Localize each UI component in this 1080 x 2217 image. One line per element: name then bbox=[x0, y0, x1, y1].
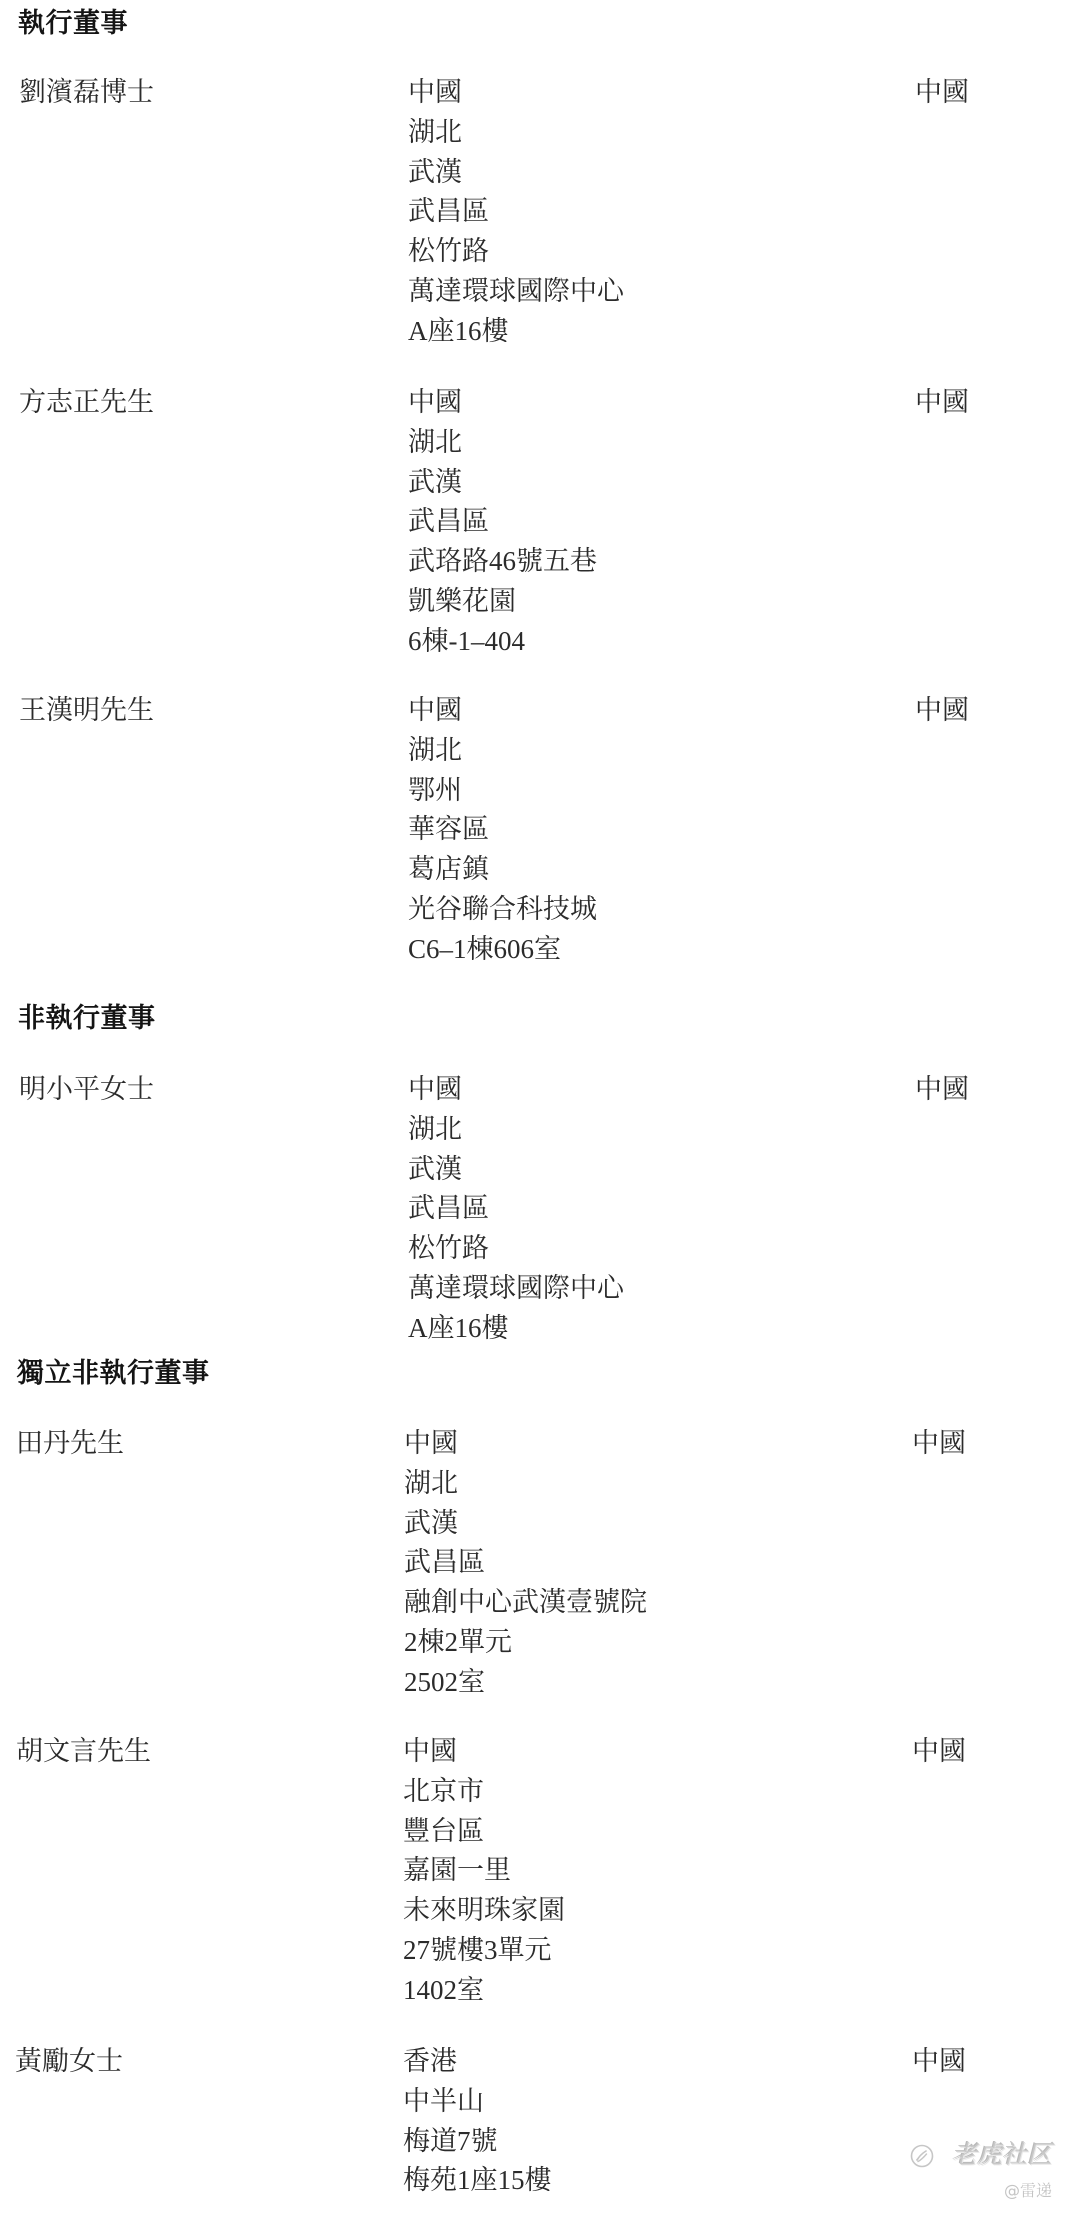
address-line: 未來明珠家園 bbox=[403, 1891, 565, 1931]
watermark: 老虎社区 @雷递 bbox=[906, 2138, 1076, 2208]
director-name: 田丹先生 bbox=[16, 1424, 124, 1464]
address-line: 27號樓3單元 bbox=[403, 1931, 565, 1971]
address-line: 6棟-1–404 bbox=[408, 622, 597, 662]
address-block: 中國 湖北 武漢 武昌區 松竹路 萬達環球國際中心 A座16樓 bbox=[408, 73, 624, 352]
director-name: 方志正先生 bbox=[19, 383, 154, 423]
address-line: 凱樂花園 bbox=[408, 582, 597, 622]
address-line: 萬達環球國際中心 bbox=[408, 272, 624, 312]
director-name: 王漢明先生 bbox=[19, 691, 154, 731]
address-line: 武昌區 bbox=[408, 1189, 624, 1229]
address-line: 松竹路 bbox=[408, 1229, 624, 1269]
director-name: 胡文言先生 bbox=[16, 1732, 151, 1772]
address-line: 武漢 bbox=[404, 1504, 647, 1544]
address-line: 武昌區 bbox=[408, 192, 624, 232]
address-line: 中國 bbox=[404, 1424, 647, 1464]
address-line: 中國 bbox=[408, 1070, 624, 1110]
address-line: 光谷聯合科技城 bbox=[408, 890, 597, 930]
address-line: 湖北 bbox=[408, 113, 624, 153]
address-block: 中國 湖北 武漢 武昌區 武珞路46號五巷 凱樂花園 6棟-1–404 bbox=[408, 383, 597, 662]
address-line: 湖北 bbox=[408, 1110, 624, 1150]
section-heading-non-executive-directors: 非執行董事 bbox=[18, 998, 156, 1038]
address-line: 豐台區 bbox=[403, 1812, 565, 1852]
address-line: 北京市 bbox=[403, 1772, 565, 1812]
address-line: 武昌區 bbox=[404, 1543, 647, 1583]
address-line: 武昌區 bbox=[408, 502, 597, 542]
address-line: 湖北 bbox=[408, 731, 597, 771]
nationality: 中國 bbox=[915, 383, 969, 423]
address-line: 融創中心武漢壹號院 bbox=[404, 1583, 647, 1623]
address-line: 華容區 bbox=[408, 810, 597, 850]
address-block: 中國 北京市 豐台區 嘉園一里 未來明珠家園 27號樓3單元 1402室 bbox=[403, 1732, 565, 2011]
address-line: 鄂州 bbox=[408, 771, 597, 811]
address-line: 中國 bbox=[408, 691, 597, 731]
address-line: 武漢 bbox=[408, 463, 597, 503]
address-line: 湖北 bbox=[404, 1464, 647, 1504]
address-line: 武漢 bbox=[408, 1150, 624, 1190]
nationality: 中國 bbox=[912, 1424, 966, 1464]
address-line: 1402室 bbox=[403, 1971, 565, 2011]
address-block: 中國 湖北 鄂州 華容區 葛店鎮 光谷聯合科技城 C6–1棟606室 bbox=[408, 691, 597, 970]
address-line: 中國 bbox=[408, 73, 624, 113]
tiger-community-logo-icon bbox=[910, 2144, 934, 2168]
address-line: 武漢 bbox=[408, 153, 624, 193]
director-name: 劉濱磊博士 bbox=[19, 73, 154, 113]
address-line: 2棟2單元 bbox=[404, 1623, 647, 1663]
address-line: 嘉園一里 bbox=[403, 1851, 565, 1891]
address-block: 中國 湖北 武漢 武昌區 融創中心武漢壹號院 2棟2單元 2502室 bbox=[404, 1424, 647, 1703]
address-line: 葛店鎮 bbox=[408, 850, 597, 890]
address-line: 梅道7號 bbox=[403, 2122, 552, 2162]
address-block: 香港 中半山 梅道7號 梅苑1座15樓 bbox=[403, 2042, 552, 2201]
address-line: 中國 bbox=[408, 383, 597, 423]
address-line: 中國 bbox=[403, 1732, 565, 1772]
nationality: 中國 bbox=[912, 2042, 966, 2082]
section-heading-independent-non-executive-directors: 獨立非執行董事 bbox=[17, 1353, 210, 1393]
address-line: 梅苑1座15樓 bbox=[403, 2161, 552, 2201]
address-line: 湖北 bbox=[408, 423, 597, 463]
watermark-author: @雷递 bbox=[1004, 2182, 1052, 2200]
address-line: 松竹路 bbox=[408, 232, 624, 272]
address-line: 香港 bbox=[403, 2042, 552, 2082]
address-block: 中國 湖北 武漢 武昌區 松竹路 萬達環球國際中心 A座16樓 bbox=[408, 1070, 624, 1349]
address-line: 中半山 bbox=[403, 2082, 552, 2122]
director-name: 明小平女士 bbox=[19, 1070, 154, 1110]
director-name: 黃勵女士 bbox=[15, 2042, 123, 2082]
address-line: A座16樓 bbox=[408, 1309, 624, 1349]
address-line: 武珞路46號五巷 bbox=[408, 542, 597, 582]
section-heading-executive-directors: 執行董事 bbox=[18, 3, 128, 43]
address-line: C6–1棟606室 bbox=[408, 930, 597, 970]
address-line: 2502室 bbox=[404, 1663, 647, 1703]
address-line: 萬達環球國際中心 bbox=[408, 1269, 624, 1309]
nationality: 中國 bbox=[915, 691, 969, 731]
watermark-brand: 老虎社区 bbox=[952, 2140, 1052, 2170]
nationality: 中國 bbox=[915, 73, 969, 113]
address-line: A座16樓 bbox=[408, 312, 624, 352]
nationality: 中國 bbox=[915, 1070, 969, 1110]
nationality: 中國 bbox=[912, 1732, 966, 1772]
